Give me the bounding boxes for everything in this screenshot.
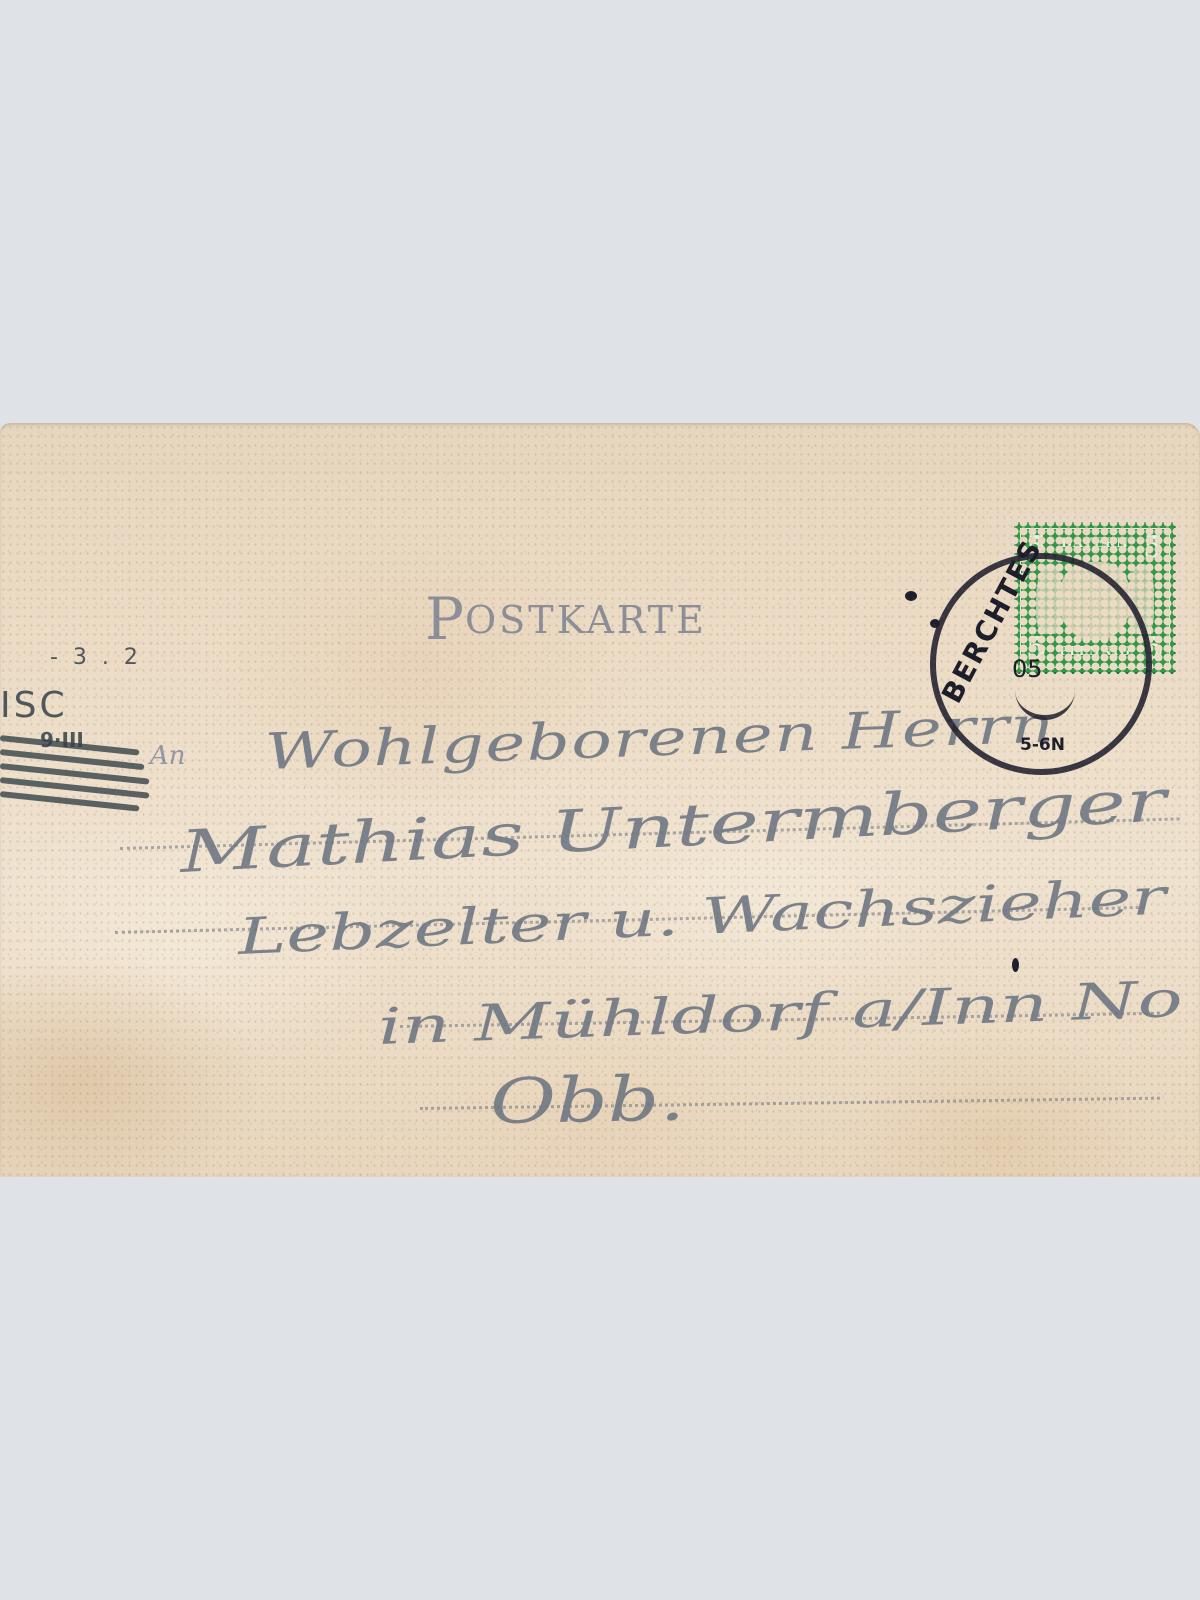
stamp-value-tr: 5 xyxy=(1143,530,1164,565)
left-postmark-date: 9·III xyxy=(40,728,84,752)
address-line-4: in Mühldorf a/Inn No 61 xyxy=(377,966,1200,1056)
address-line-2: Mathias Untermberger xyxy=(178,766,1168,886)
postcard-title: POSTKARTE xyxy=(425,585,707,653)
left-postmark-top: - 3 . 2 xyxy=(50,645,142,670)
address-line-5: Obb. xyxy=(489,1062,685,1138)
address-line-1: Wohlgeborenen Herrn xyxy=(264,695,1056,781)
title-rest: OSTKARTE xyxy=(465,598,707,642)
left-postmark-city: ISC xyxy=(0,685,68,726)
address-prefix: An xyxy=(150,741,186,771)
address-line-3: Lebzelter u. Wachszieher xyxy=(237,868,1167,966)
postmark-date-fragment: 05 xyxy=(1012,655,1043,683)
postmark-time: 5-6N xyxy=(1020,735,1065,755)
postcard: POSTKARTE An Wohlgeborenen Herrn Mathias… xyxy=(0,423,1200,1177)
title-initial: P xyxy=(425,585,467,653)
